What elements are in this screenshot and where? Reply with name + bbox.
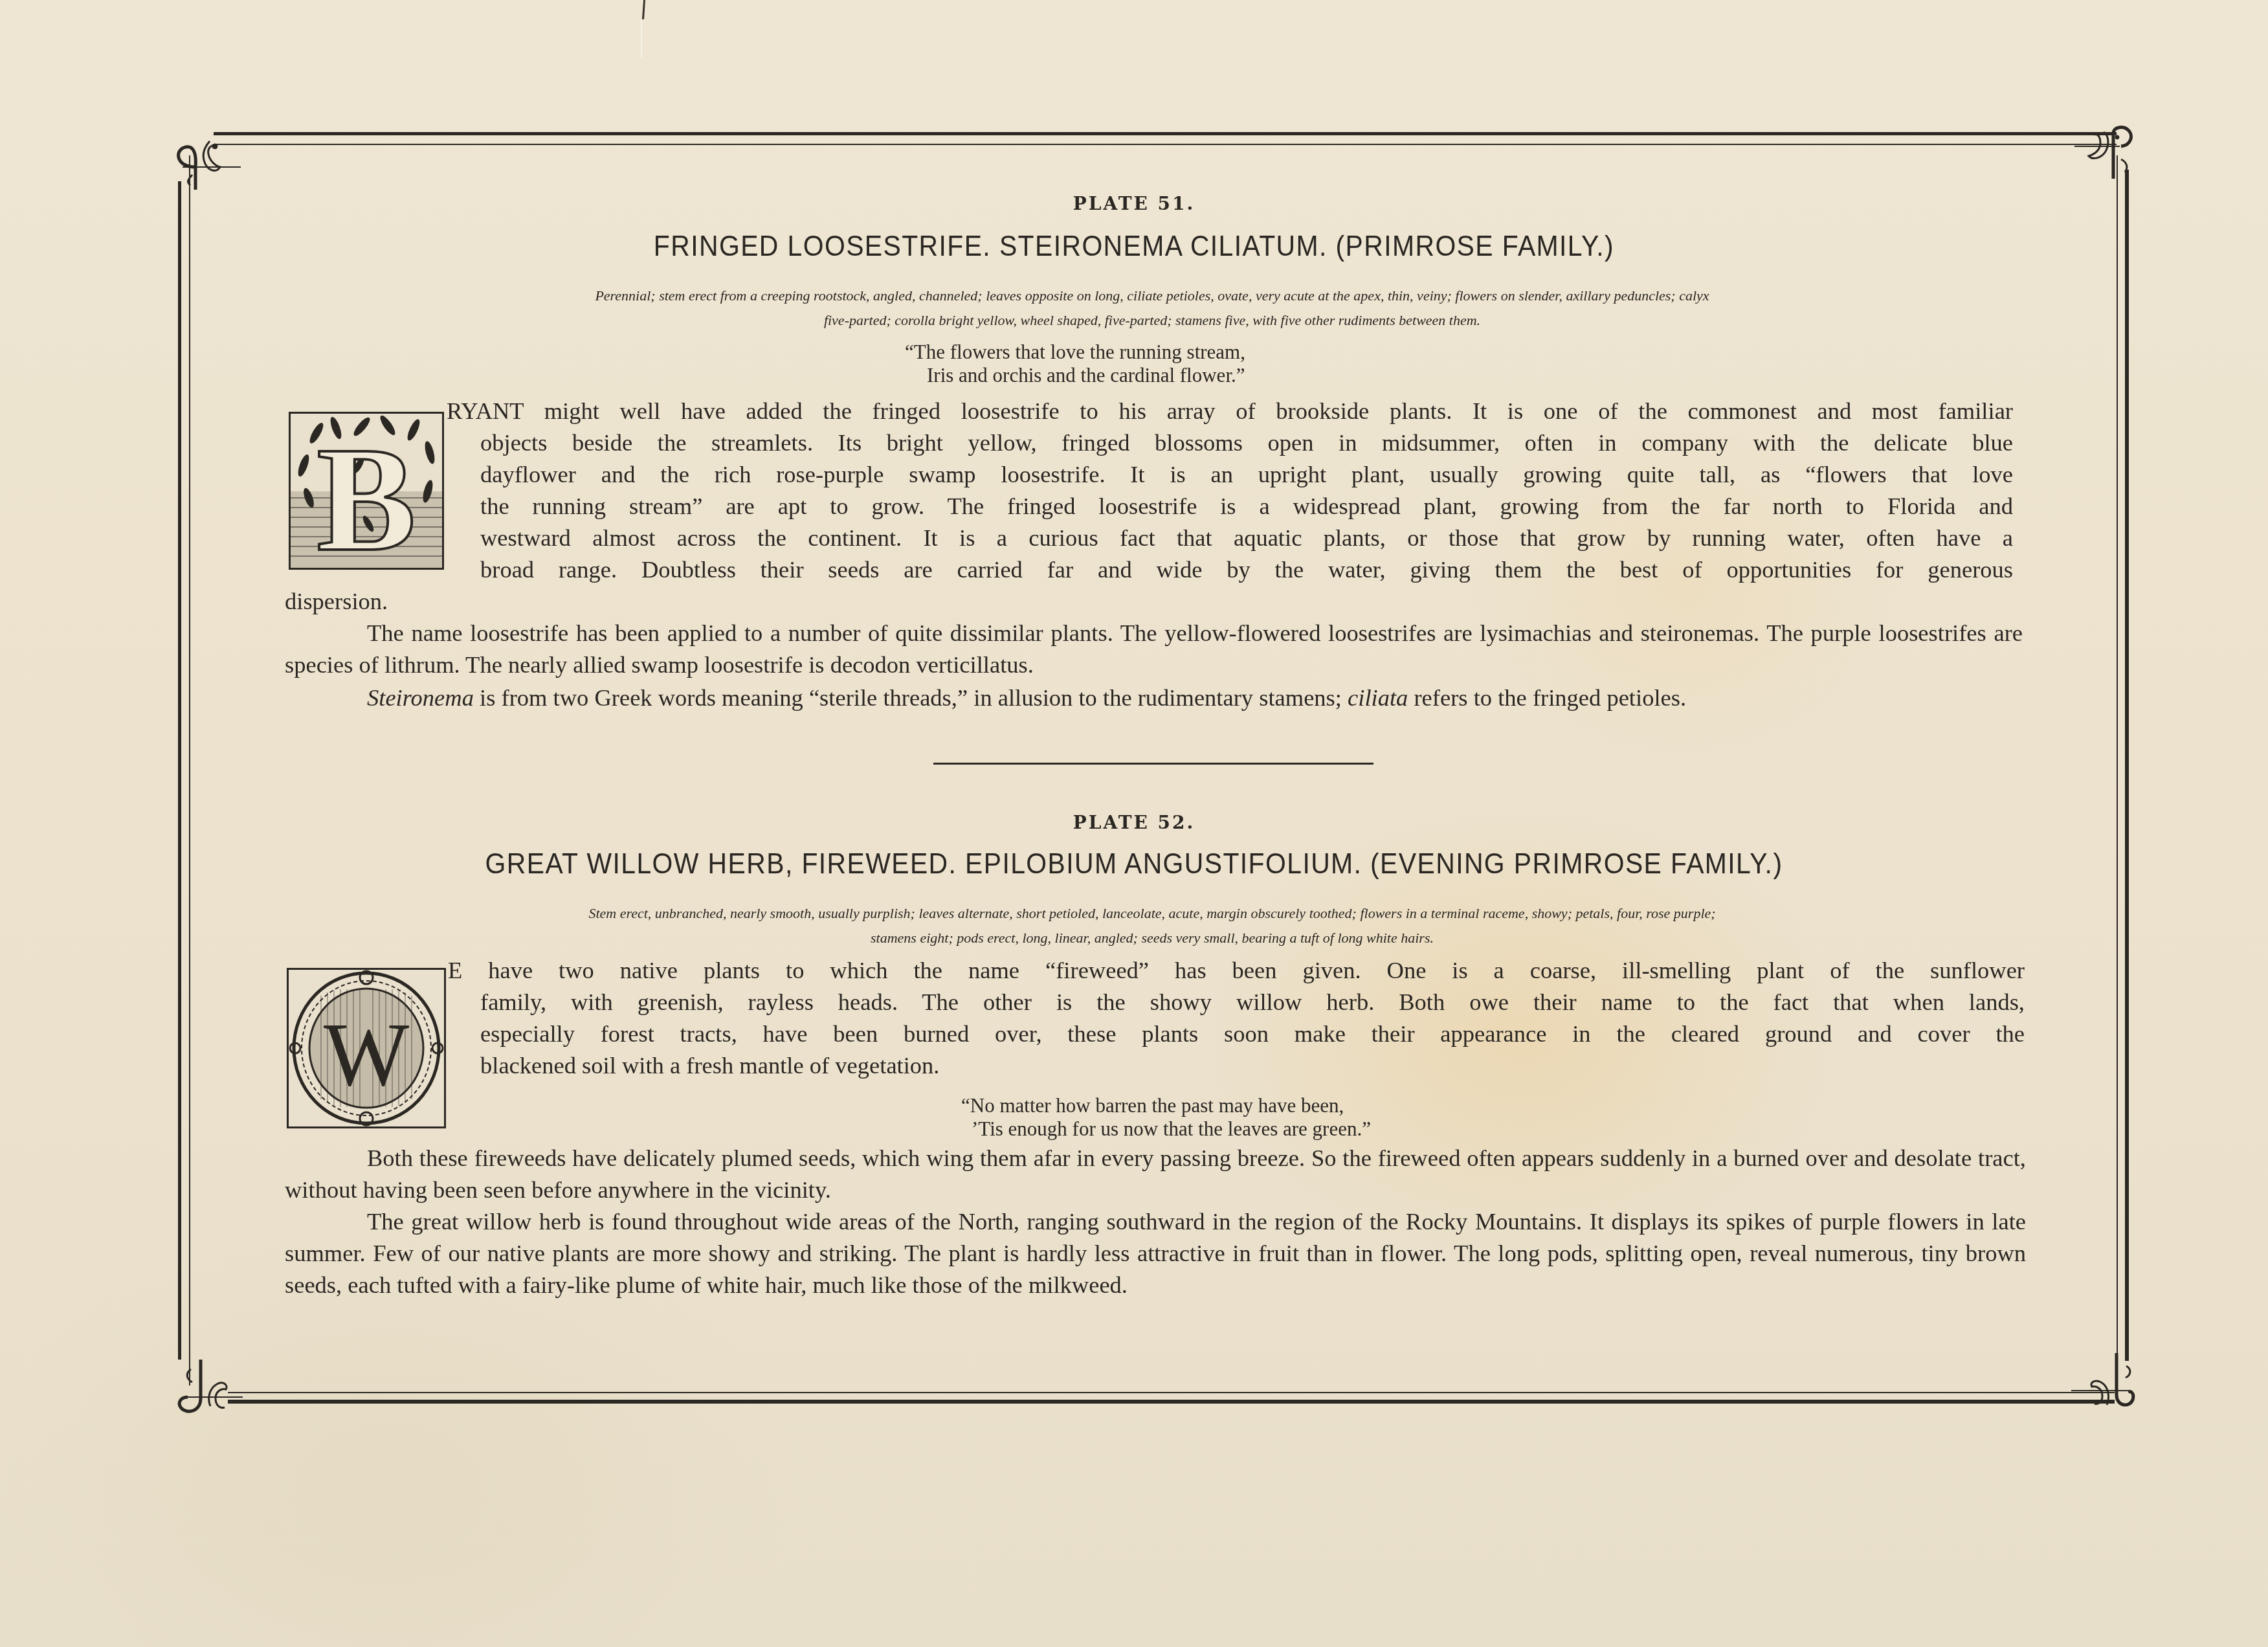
border-right-thin <box>2117 155 2118 1385</box>
border-top-thin <box>214 144 2117 145</box>
description-line: Perennial; stem erect from a creeping ro… <box>304 284 2000 308</box>
plate-52-botanical-description: Stem erect, unbranched, nearly smooth, u… <box>304 901 2000 950</box>
plate-52-title: GREAT WILLOW HERB, FIREWEED. EPILOBIUM A… <box>80 848 2189 880</box>
description-line: five-parted; corolla bright yellow, whee… <box>304 308 2000 333</box>
border-bottom-thin <box>228 1392 2115 1393</box>
verse-line: ’Tis enough for us now that the leaves a… <box>961 1117 1371 1141</box>
description-line: stamens eight; pods erect, long, linear,… <box>304 926 2000 950</box>
border-bottom-thick <box>228 1400 2115 1404</box>
drop-cap-b-ornament: B <box>289 412 444 570</box>
plate-52-intro-tail: blackened soil with a fresh mantle of ve… <box>480 1049 1969 1081</box>
verse-line: Iris and orchis and the cardinal flower.… <box>905 364 1245 387</box>
corner-flourish-bottom-left-icon <box>172 1360 243 1418</box>
plate-51-paragraph-3: Steironema is from two Greek words meani… <box>285 682 2023 713</box>
drop-cap-w-ornament: W <box>287 968 446 1128</box>
border-right-thick <box>2125 170 2129 1361</box>
plate-51-intro-paragraph: RYANT might well have added the fringed … <box>448 395 2013 585</box>
border-left-thick <box>178 181 181 1360</box>
plate-52-intro-paragraph: E have two native plants to which the na… <box>448 954 2025 1049</box>
plate-51-intro-tail: dispersion. <box>285 585 2019 617</box>
body-line: dayflower and the rich rose-purple swamp… <box>480 458 2013 490</box>
body-line: broad range. Doubtless their seeds are c… <box>480 554 2013 585</box>
term-ciliata: ciliata <box>1348 684 1408 711</box>
corner-flourish-bottom-right-icon <box>2071 1353 2142 1411</box>
plate-52-paragraph-2: Both these fireweeds have delicately plu… <box>285 1142 2026 1205</box>
body-line: especially forest tracts, have been burn… <box>480 1018 2025 1049</box>
willow-leaves-icon: B <box>291 414 442 568</box>
plate-51-title: FRINGED LOOSESTRIFE. STEIRONEMA CILIATUM… <box>80 230 2189 263</box>
plate-51-verse-quote: “The flowers that love the running strea… <box>905 341 1245 387</box>
plate-52-label: PLATE 52. <box>0 812 2268 833</box>
body-line: westward almost across the continent. It… <box>480 522 2013 554</box>
verse-line: “The flowers that love the running strea… <box>905 341 1245 364</box>
corner-flourish-top-right-icon <box>2074 120 2146 179</box>
plate-52-verse-quote: “No matter how barren the past may have … <box>961 1094 1371 1141</box>
section-separator-rule <box>933 763 1373 765</box>
border-left-thin <box>189 155 190 1385</box>
description-line: Stem erect, unbranched, nearly smooth, u… <box>304 901 2000 926</box>
plate-51-paragraph-2: The name loosestrife has been applied to… <box>285 617 2023 680</box>
body-line: the running stream” are apt to grow. The… <box>480 490 2013 522</box>
corner-flourish-top-left-icon <box>170 128 241 186</box>
tear-crease <box>641 19 642 58</box>
plate-51-label: PLATE 51. <box>0 193 2268 214</box>
tear-mark <box>642 0 645 19</box>
plate-51-botanical-description: Perennial; stem erect from a creeping ro… <box>304 284 2000 333</box>
term-steironema: Steironema <box>367 684 474 711</box>
body-line: E have two native plants to which the na… <box>448 954 2025 986</box>
svg-text:W: W <box>324 1005 409 1105</box>
plate-52-paragraph-3: The great willow herb is found throughou… <box>285 1205 2026 1301</box>
body-line: RYANT might well have added the fringed … <box>447 395 2013 427</box>
svg-text:B: B <box>317 417 416 568</box>
border-top-thick <box>214 132 2117 135</box>
body-line: family, with greenish, rayless heads. Th… <box>480 986 2025 1018</box>
circular-frame-icon: W <box>289 970 444 1126</box>
body-line: objects beside the streamlets. Its brigh… <box>480 427 2013 458</box>
verse-line: “No matter how barren the past may have … <box>961 1094 1371 1117</box>
